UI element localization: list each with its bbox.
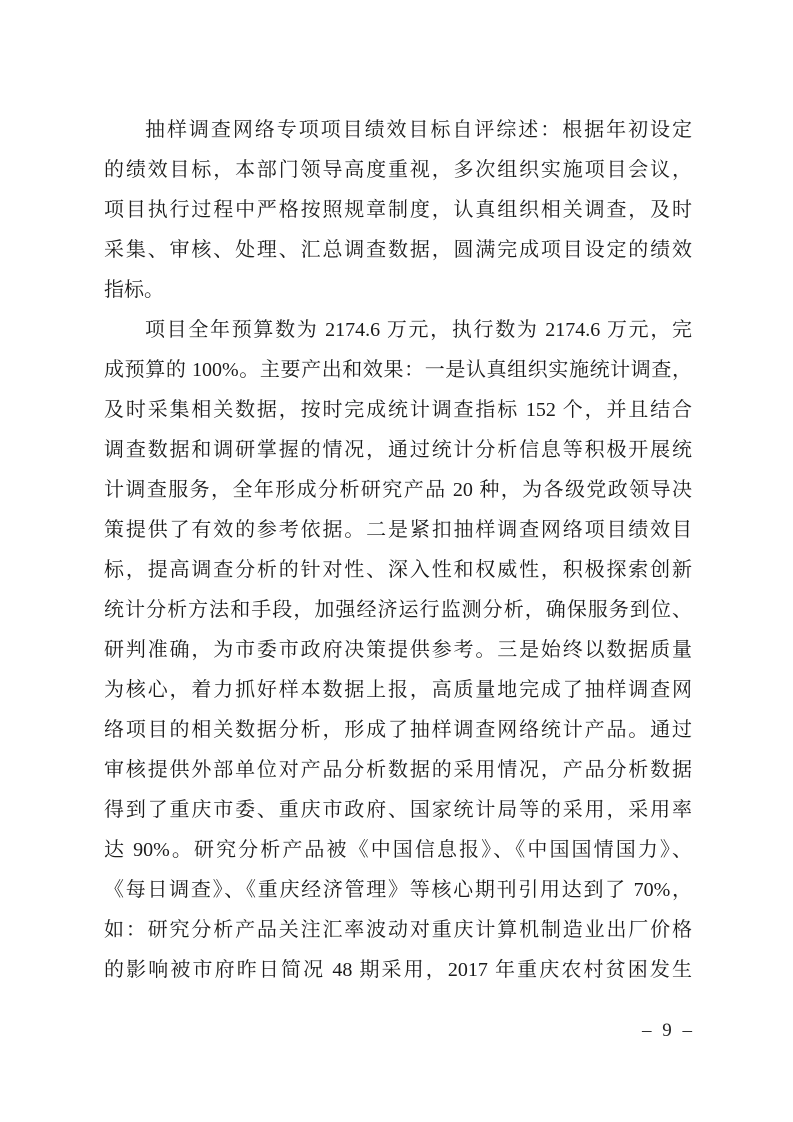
text-line: 抽样调查网络专项项目绩效目标自评综述：根据年初设定 xyxy=(104,110,692,150)
text-line: 得到了重庆市委、重庆市政府、国家统计局等的采用，采用率 xyxy=(104,790,692,830)
text-line: 计调查服务，全年形成分析研究产品 20 种，为各级党政领导决 xyxy=(104,470,692,510)
text-line: 及时采集相关数据，按时完成统计调查指标 152 个，并且结合 xyxy=(104,390,692,430)
text-line: 策提供了有效的参考依据。二是紧扣抽样调查网络项目绩效目 xyxy=(104,510,692,550)
text-line: 调查数据和调研掌握的情况，通过统计分析信息等积极开展统 xyxy=(104,430,692,470)
page-number: – 9 – xyxy=(104,1018,692,1044)
text-line: 指标。 xyxy=(104,270,692,310)
document-page: 抽样调查网络专项项目绩效目标自评综述：根据年初设定的绩效目标，本部门领导高度重视… xyxy=(0,0,793,1122)
document-body: 抽样调查网络专项项目绩效目标自评综述：根据年初设定的绩效目标，本部门领导高度重视… xyxy=(104,110,692,990)
text-line: 的影响被市府昨日简况 48 期采用，2017 年重庆农村贫困发生 xyxy=(104,950,692,990)
text-line: 的绩效目标，本部门领导高度重视，多次组织实施项目会议， xyxy=(104,150,692,190)
text-line: 达 90%。研究分析产品被《中国信息报》、《中国国情国力》、 xyxy=(104,830,692,870)
text-line: 为核心，着力抓好样本数据上报，高质量地完成了抽样调查网 xyxy=(104,670,692,710)
text-line: 如：研究分析产品关注汇率波动对重庆计算机制造业出厂价格 xyxy=(104,910,692,950)
text-line: 统计分析方法和手段，加强经济运行监测分析，确保服务到位、 xyxy=(104,590,692,630)
text-line: 络项目的相关数据分析，形成了抽样调查网络统计产品。通过 xyxy=(104,710,692,750)
text-line: 项目执行过程中严格按照规章制度，认真组织相关调查，及时 xyxy=(104,190,692,230)
text-line: 项目全年预算数为 2174.6 万元，执行数为 2174.6 万元，完 xyxy=(104,310,692,350)
text-line: 采集、审核、处理、汇总调查数据，圆满完成项目设定的绩效 xyxy=(104,230,692,270)
text-line: 研判准确，为市委市政府决策提供参考。三是始终以数据质量 xyxy=(104,630,692,670)
text-line: 《每日调查》、《重庆经济管理》等核心期刊引用达到了 70%， xyxy=(104,870,692,910)
text-line: 审核提供外部单位对产品分析数据的采用情况，产品分析数据 xyxy=(104,750,692,790)
text-line: 标，提高调查分析的针对性、深入性和权威性，积极探索创新 xyxy=(104,550,692,590)
text-line: 成预算的 100%。主要产出和效果：一是认真组织实施统计调查， xyxy=(104,350,692,390)
